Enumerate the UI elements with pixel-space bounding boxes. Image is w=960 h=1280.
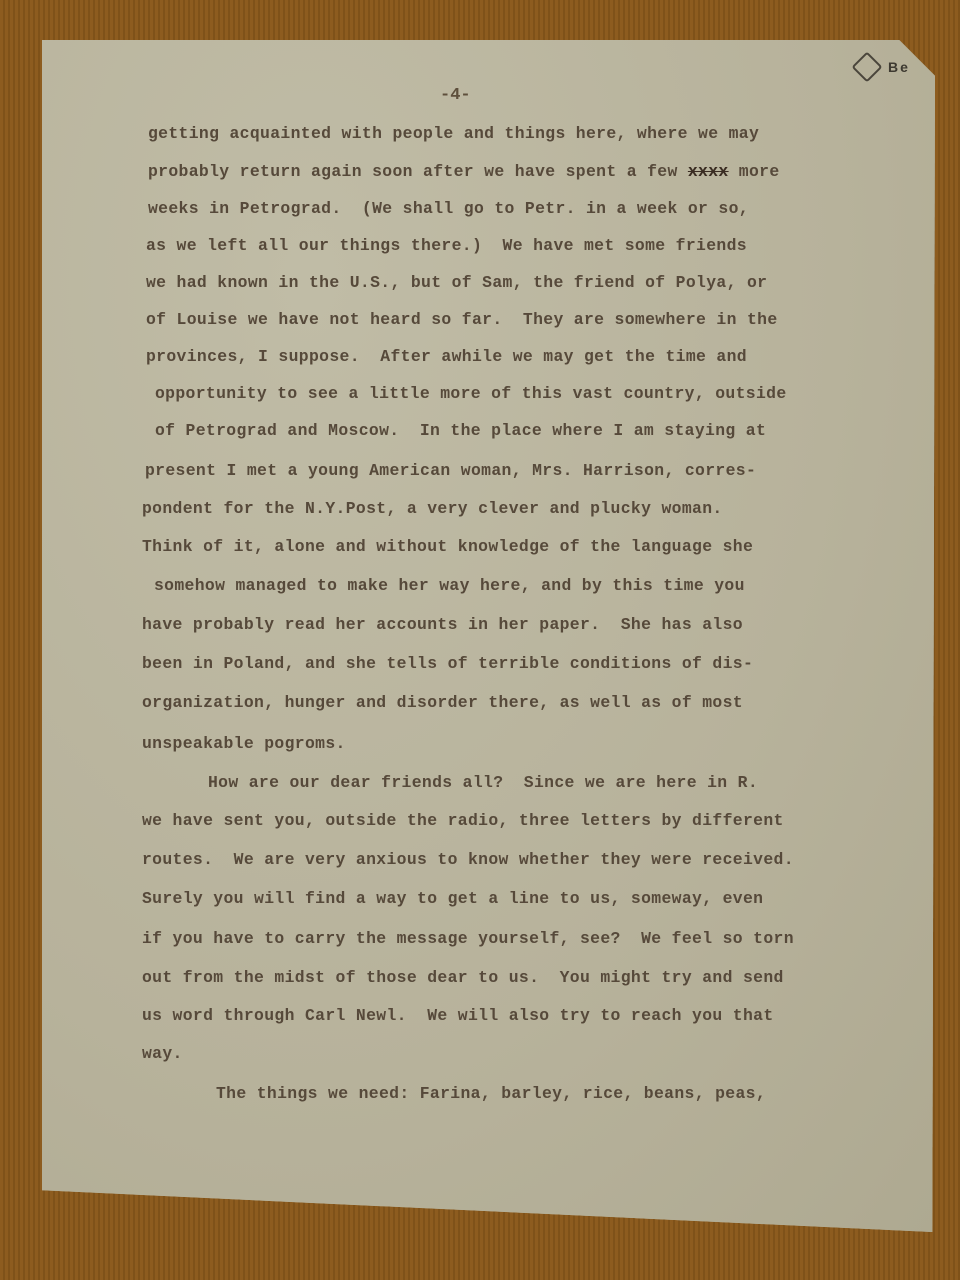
text-line: How are our dear friends all? Since we a… xyxy=(208,773,758,792)
text-line: Think of it, alone and without knowledge… xyxy=(142,537,753,556)
text-line: opportunity to see a little more of this… xyxy=(155,384,787,403)
text-line: we had known in the U.S., but of Sam, th… xyxy=(146,273,767,292)
struck-out-word: xxxx xyxy=(688,162,729,181)
text-line: provinces, I suppose. After awhile we ma… xyxy=(146,347,747,366)
text-line: have probably read her accounts in her p… xyxy=(142,615,743,634)
stamp-label: Be xyxy=(888,59,910,75)
text-line: we have sent you, outside the radio, thr… xyxy=(142,811,784,830)
text-line: weeks in Petrograd. (We shall go to Petr… xyxy=(148,199,749,218)
diamond-monogram-icon xyxy=(851,51,882,82)
text-line: Surely you will find a way to get a line… xyxy=(142,889,763,908)
archive-stamp: Be xyxy=(856,56,910,78)
text-line: way. xyxy=(142,1044,183,1063)
text-line: unspeakable pogroms. xyxy=(142,734,346,753)
text-line: if you have to carry the message yoursel… xyxy=(142,929,794,948)
text-line: getting acquainted with people and thing… xyxy=(148,124,759,143)
text-line: organization, hunger and disorder there,… xyxy=(142,693,743,712)
text-line: present I met a young American woman, Mr… xyxy=(145,461,756,480)
text-line: somehow managed to make her way here, an… xyxy=(154,576,745,595)
text-line: been in Poland, and she tells of terribl… xyxy=(142,654,753,673)
text-line: probably return again soon after we have… xyxy=(148,162,780,181)
text-line: of Petrograd and Moscow. In the place wh… xyxy=(155,421,766,440)
text-line: as we left all our things there.) We hav… xyxy=(146,236,747,255)
text-line: us word through Carl Newl. We will also … xyxy=(142,1006,774,1025)
text-line: out from the midst of those dear to us. … xyxy=(142,968,784,987)
text-line: The things we need: Farina, barley, rice… xyxy=(216,1084,766,1103)
page-number: -4- xyxy=(440,86,471,105)
text-line: of Louise we have not heard so far. They… xyxy=(146,310,778,329)
text-line: pondent for the N.Y.Post, a very clever … xyxy=(142,499,723,518)
text-line: routes. We are very anxious to know whet… xyxy=(142,850,794,869)
